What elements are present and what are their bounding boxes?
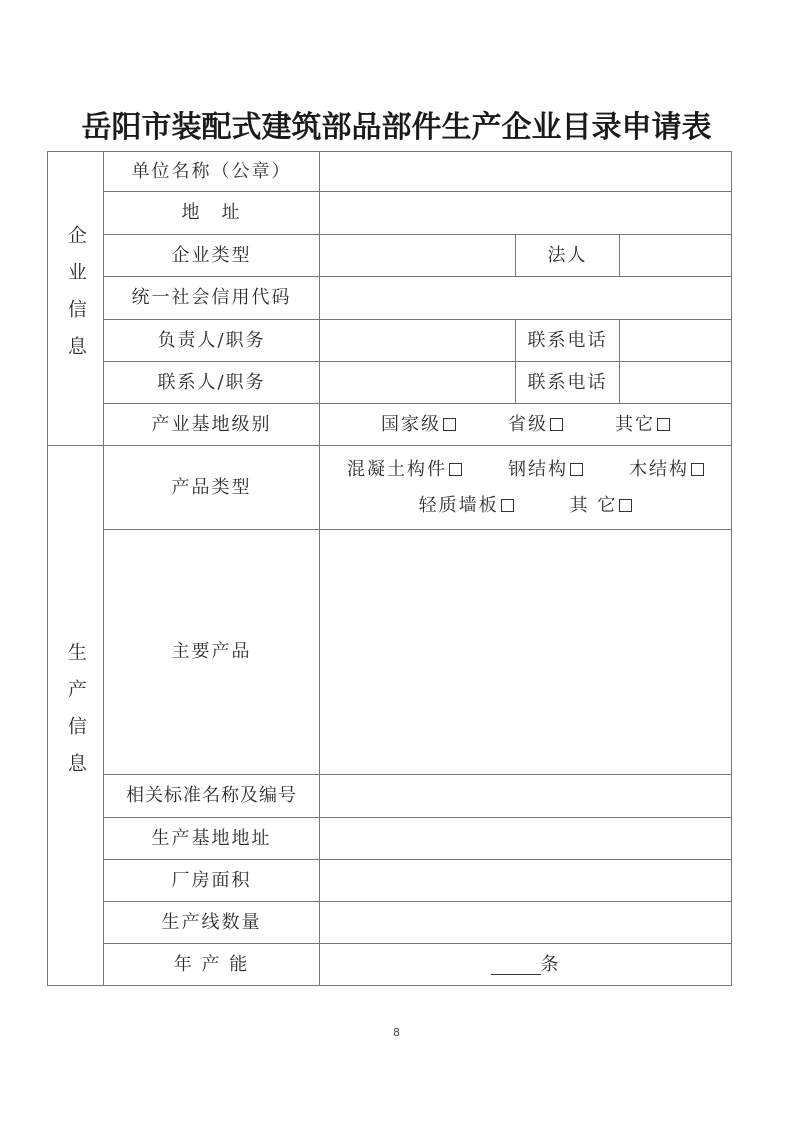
section-enterprise: 企业信息 [48, 152, 104, 446]
document-title: 岳阳市装配式建筑部品部件生产企业目录申请表 [0, 108, 793, 148]
address-label: 地 址 [104, 192, 320, 235]
row-plant-area: 厂房面积 [48, 860, 732, 902]
line-count-field[interactable] [320, 902, 732, 944]
unit-name-field[interactable] [320, 152, 732, 192]
row-base-address: 生产基地地址 [48, 818, 732, 860]
contact-person-field[interactable] [320, 362, 516, 404]
base-address-label: 生产基地地址 [104, 818, 320, 860]
address-field[interactable] [320, 192, 732, 235]
option-other[interactable]: 其它 [615, 414, 670, 436]
person-in-charge-field[interactable] [320, 320, 516, 362]
application-form-table: 企业信息 单位名称（公章） 地 址 企业类型 法人 统一社会信用代码 负责人/职… [47, 151, 732, 986]
row-main-products: 主要产品 [48, 530, 732, 775]
row-address: 地 址 [48, 192, 732, 235]
row-base-level: 产业基地级别 国家级 省级 其它 [48, 404, 732, 446]
option-light-wall[interactable]: 轻质墙板 [419, 495, 514, 517]
annual-capacity-blank[interactable] [491, 958, 541, 975]
section-production-label: 生产信息 [64, 642, 87, 790]
product-type-label: 产品类型 [104, 446, 320, 530]
person-in-charge-phone-label: 联系电话 [516, 320, 620, 362]
option-national[interactable]: 国家级 [381, 414, 456, 436]
checkbox-icon[interactable] [501, 499, 514, 512]
person-in-charge-label: 负责人/职务 [104, 320, 320, 362]
annual-capacity-field[interactable]: 条 [320, 944, 732, 986]
checkbox-icon[interactable] [443, 418, 456, 431]
base-address-field[interactable] [320, 818, 732, 860]
option-concrete[interactable]: 混凝土构件 [347, 459, 462, 481]
checkbox-icon[interactable] [691, 463, 704, 476]
annual-capacity-unit: 条 [541, 954, 561, 975]
enterprise-type-field[interactable] [320, 235, 516, 277]
section-enterprise-label: 企业信息 [64, 225, 87, 373]
main-products-field[interactable] [320, 530, 732, 775]
row-person-in-charge: 负责人/职务 联系电话 [48, 320, 732, 362]
row-line-count: 生产线数量 [48, 902, 732, 944]
credit-code-label: 统一社会信用代码 [104, 277, 320, 320]
legal-person-field[interactable] [620, 235, 732, 277]
section-production: 生产信息 [48, 446, 104, 986]
legal-person-label: 法人 [516, 235, 620, 277]
row-unit-name: 企业信息 单位名称（公章） [48, 152, 732, 192]
row-contact-person: 联系人/职务 联系电话 [48, 362, 732, 404]
credit-code-field[interactable] [320, 277, 732, 320]
contact-person-label: 联系人/职务 [104, 362, 320, 404]
checkbox-icon[interactable] [550, 418, 563, 431]
plant-area-field[interactable] [320, 860, 732, 902]
checkbox-icon[interactable] [657, 418, 670, 431]
annual-capacity-label: 年 产 能 [104, 944, 320, 986]
unit-name-label: 单位名称（公章） [104, 152, 320, 192]
checkbox-icon[interactable] [449, 463, 462, 476]
standards-field[interactable] [320, 775, 732, 818]
contact-phone-field[interactable] [620, 362, 732, 404]
row-enterprise-type: 企业类型 法人 [48, 235, 732, 277]
base-level-label: 产业基地级别 [104, 404, 320, 446]
option-provincial[interactable]: 省级 [508, 414, 563, 436]
main-products-label: 主要产品 [104, 530, 320, 775]
option-steel[interactable]: 钢结构 [508, 459, 583, 481]
plant-area-label: 厂房面积 [104, 860, 320, 902]
base-level-options: 国家级 省级 其它 [320, 404, 732, 446]
line-count-label: 生产线数量 [104, 902, 320, 944]
row-annual-capacity: 年 产 能 条 [48, 944, 732, 986]
contact-phone-label: 联系电话 [516, 362, 620, 404]
row-standards: 相关标准名称及编号 [48, 775, 732, 818]
option-timber[interactable]: 木结构 [629, 459, 704, 481]
product-type-options: 混凝土构件 钢结构 木结构 轻质墙板 其 它 [320, 446, 732, 530]
enterprise-type-label: 企业类型 [104, 235, 320, 277]
checkbox-icon[interactable] [570, 463, 583, 476]
page-number: 8 [0, 1026, 793, 1039]
option-other-product[interactable]: 其 它 [570, 495, 633, 517]
row-product-type: 生产信息 产品类型 混凝土构件 钢结构 木结构 轻质墙板 其 它 [48, 446, 732, 530]
row-credit-code: 统一社会信用代码 [48, 277, 732, 320]
standards-label: 相关标准名称及编号 [104, 775, 320, 818]
checkbox-icon[interactable] [619, 499, 632, 512]
person-in-charge-phone-field[interactable] [620, 320, 732, 362]
